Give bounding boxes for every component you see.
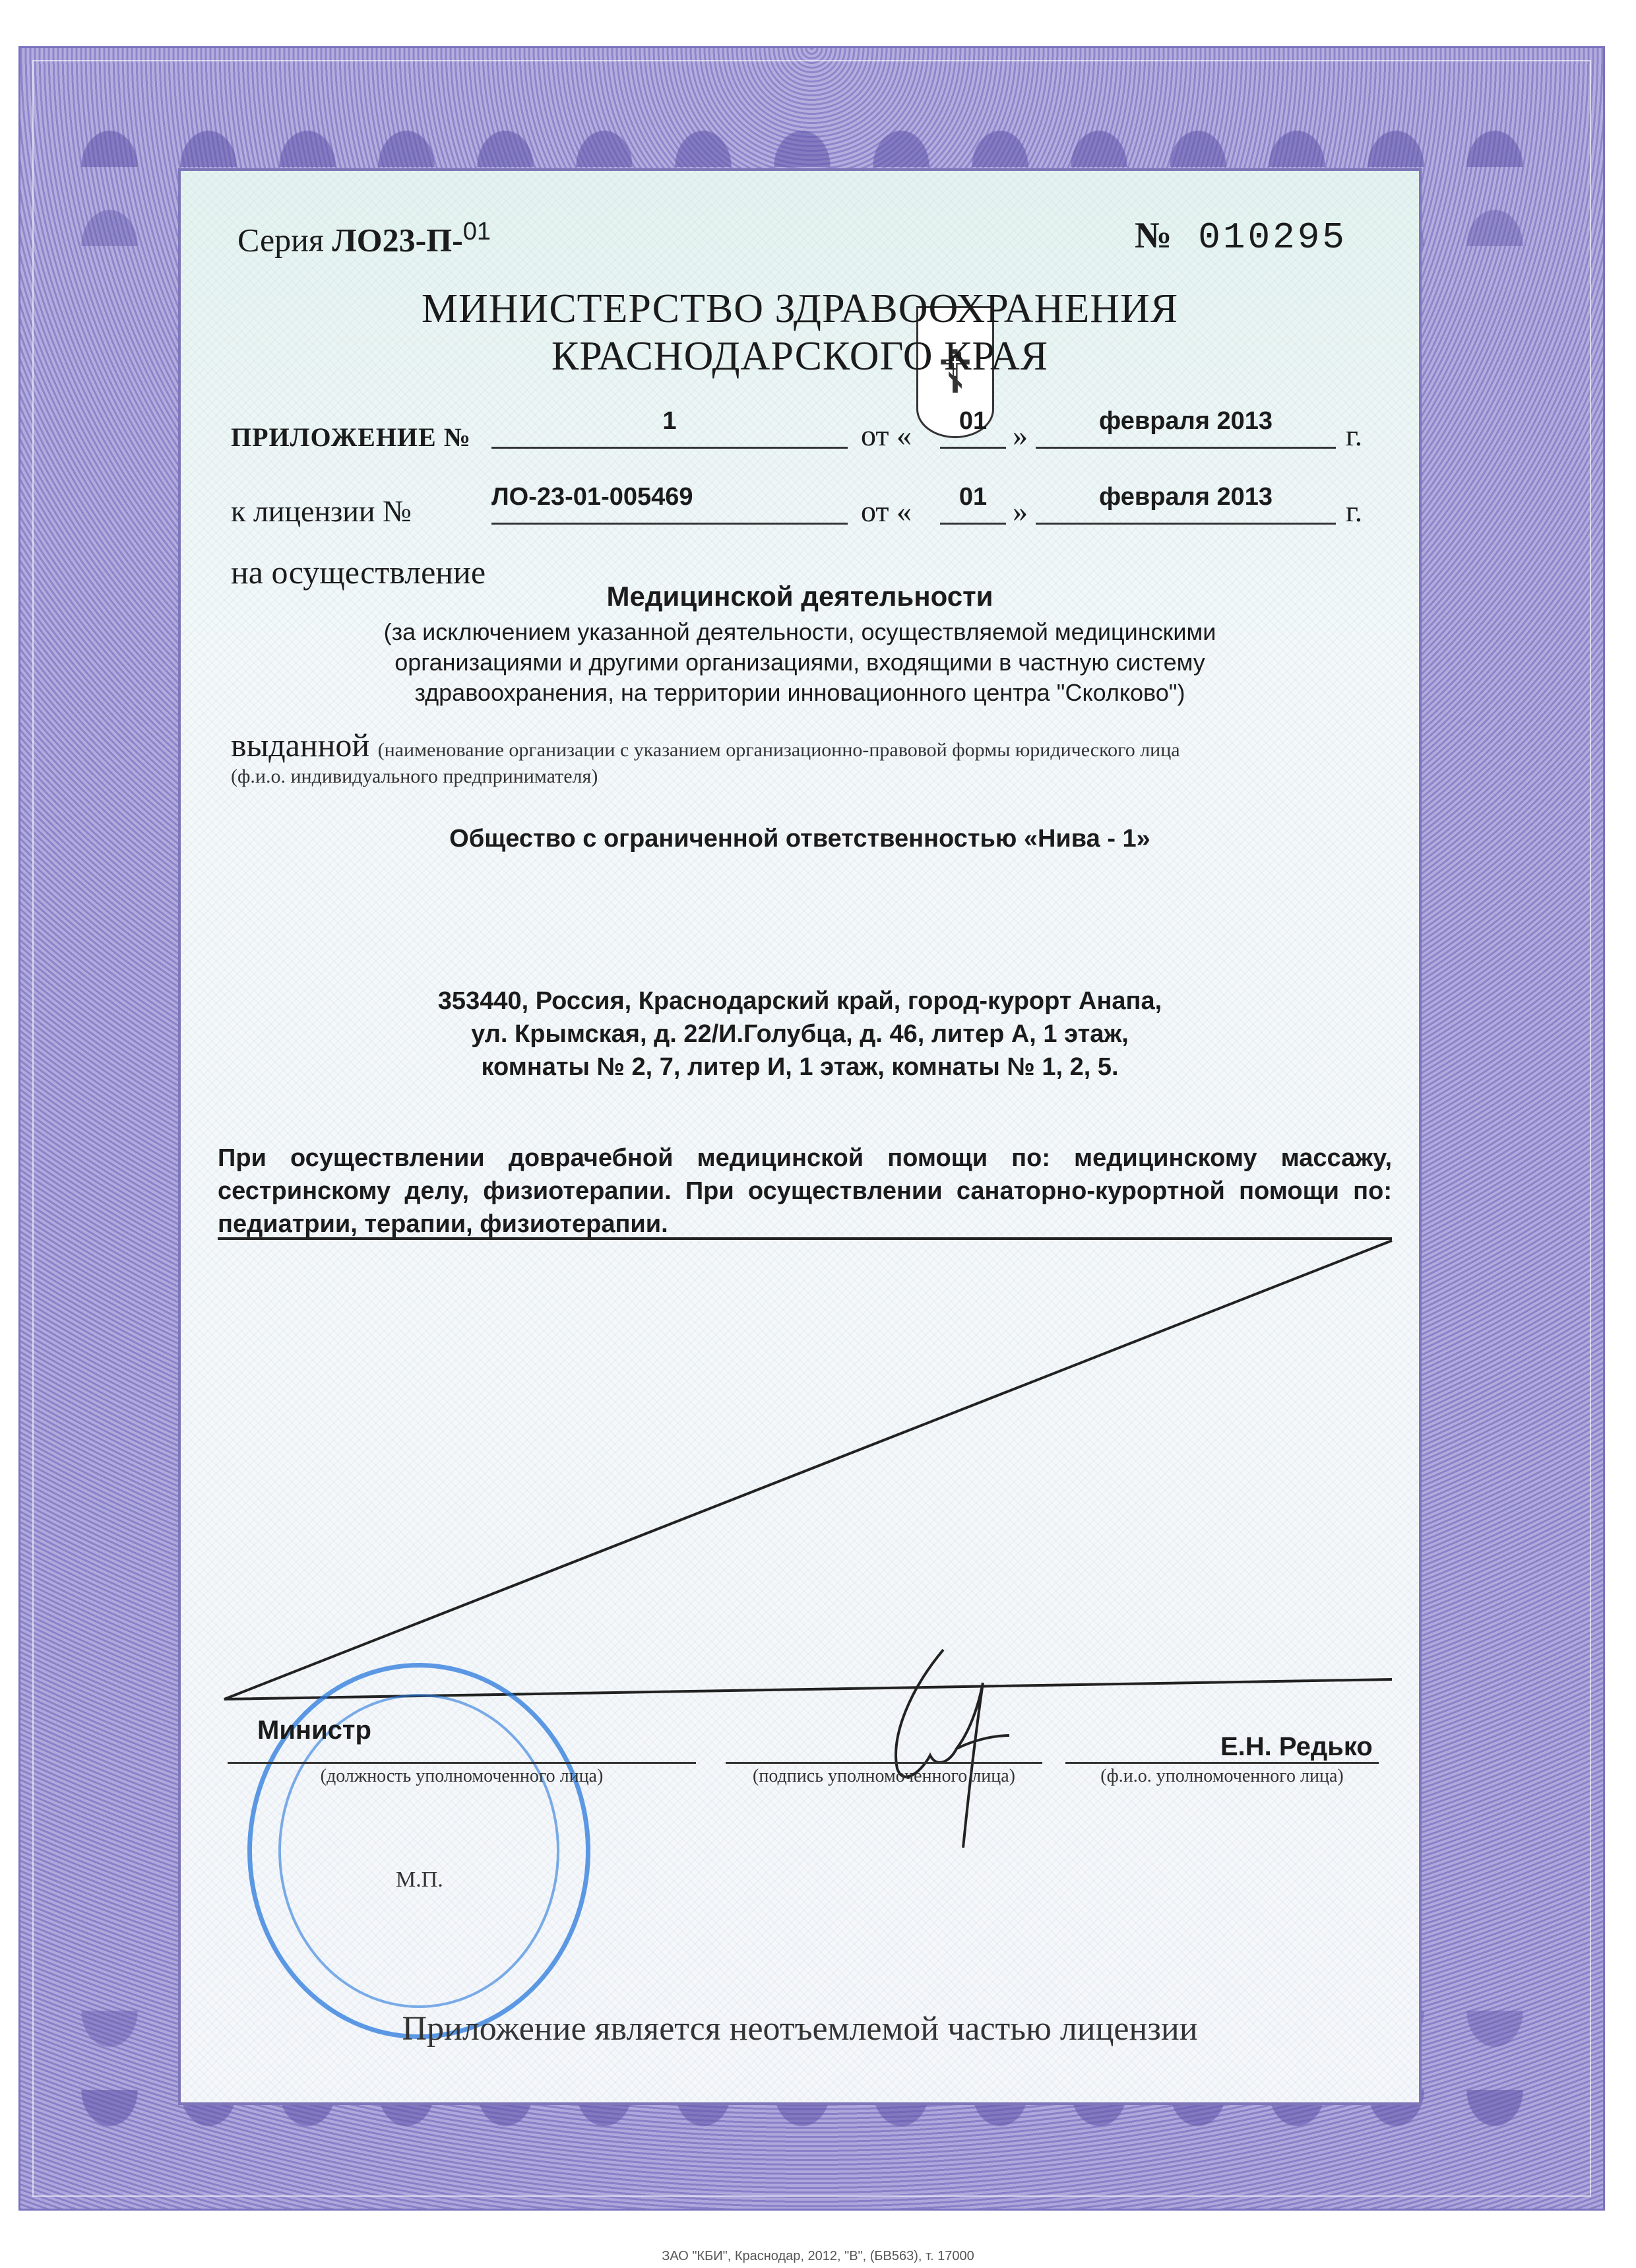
name-field-line [1065, 1762, 1379, 1764]
name-caption: (ф.и.о. уполномоченного лица) [1065, 1766, 1379, 1787]
signatory-position: Министр [257, 1716, 371, 1745]
handwritten-signature-icon [851, 1636, 1049, 1854]
cancellation-z-line [0, 0, 1636, 2268]
position-caption: (должность уполномоченного лица) [228, 1766, 696, 1787]
signature-caption: (подпись уполномоченного лица) [726, 1766, 1042, 1787]
printer-imprint: ЗАО "КБИ", Краснодар, 2012, "В", (БВ563)… [0, 2249, 1636, 2264]
stamp-place: М.П. [396, 1867, 443, 1893]
signature-field-line [726, 1762, 1042, 1764]
signatory-name: Е.Н. Редько [1220, 1732, 1373, 1762]
footer-statement: Приложение является неотъемлемой частью … [178, 2009, 1422, 2048]
position-field-line [228, 1762, 696, 1764]
